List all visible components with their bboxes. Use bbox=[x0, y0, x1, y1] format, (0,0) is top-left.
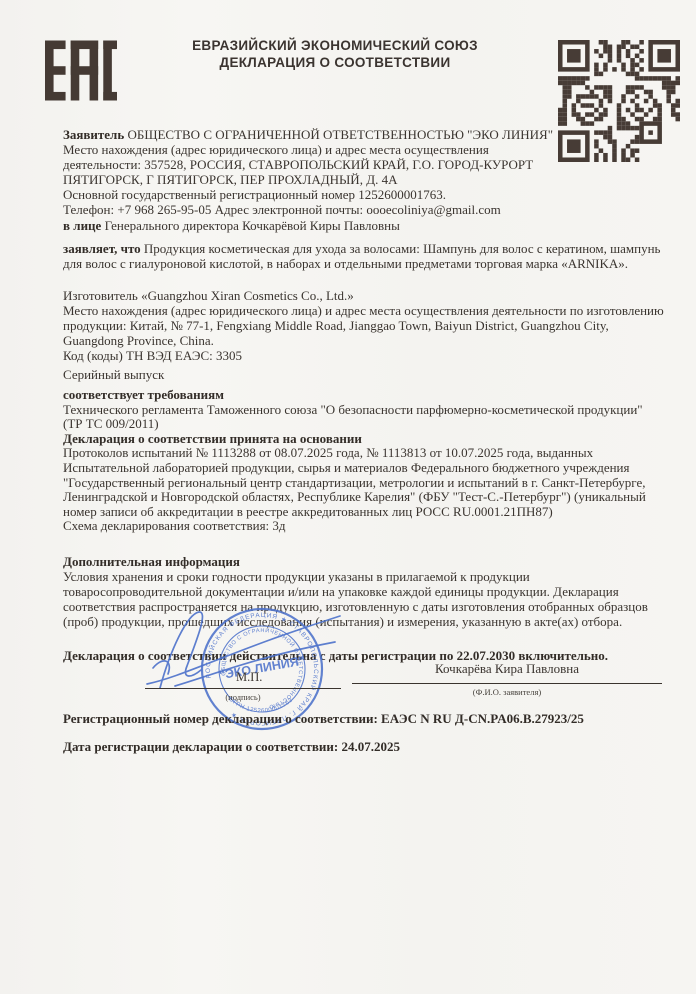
text-line: Телефон: +7 968 265-95-05 Адрес электрон… bbox=[63, 202, 678, 217]
text-line: Дополнительная информация bbox=[63, 554, 678, 569]
text-line: заявляет, что Продукция косметическая дл… bbox=[63, 241, 678, 256]
text-line: "Государственный региональный центр стан… bbox=[63, 476, 678, 491]
eac-logo-icon bbox=[45, 37, 117, 104]
text-line: Основной государственный регистрационный… bbox=[63, 187, 678, 202]
text-line: в лице Генерального директора Кочкарёвой… bbox=[63, 218, 678, 233]
registration-number: Регистрационный номер декларации о соотв… bbox=[63, 711, 584, 727]
text-line: Испытательной лабораторией продукции, сы… bbox=[63, 461, 678, 476]
signature-caption: (подпись) bbox=[145, 692, 341, 702]
text-line: Изготовитель «Guangzhou Xiran Cosmetics … bbox=[63, 288, 678, 303]
declaration-document: ЕВРАЗИЙСКИЙ ЭКОНОМИЧЕСКИЙ СОЮЗ ДЕКЛАРАЦИ… bbox=[0, 0, 696, 994]
text-line: Технического регламента Таможенного союз… bbox=[63, 403, 678, 418]
text-line: номер записи об аккредитации в реестре а… bbox=[63, 505, 678, 520]
text-line: Код (коды) ТН ВЭД ЕАЭС: 3305 bbox=[63, 348, 678, 363]
text-line: Ленинградской и Новгородской областях, Р… bbox=[63, 490, 678, 505]
text-line: Guangdong Province, China. bbox=[63, 333, 678, 348]
manufacturer-paragraph: Изготовитель «Guangzhou Xiran Cosmetics … bbox=[63, 288, 678, 363]
declares-paragraph: заявляет, что Продукция косметическая дл… bbox=[63, 241, 678, 271]
text-line: Место нахождения (адрес юридического лиц… bbox=[63, 142, 678, 157]
text-line: деятельности: 357528, РОССИЯ, СТАВРОПОЛЬ… bbox=[63, 157, 678, 172]
text-line: соответствует требованиям bbox=[63, 388, 678, 403]
text-line: Декларация о соответствии принята на осн… bbox=[63, 432, 678, 447]
text-line: Серийный выпуск bbox=[63, 367, 678, 382]
declarant-paragraph: Заявитель ОБЩЕСТВО С ОГРАНИЧЕННОЙ ОТВЕТС… bbox=[63, 127, 678, 233]
title-line-2: ДЕКЛАРАЦИЯ О СООТВЕТСТВИИ bbox=[130, 55, 540, 72]
serial-paragraph: Серийный выпуск bbox=[63, 367, 678, 382]
mp-label: М.П. bbox=[236, 670, 262, 685]
text-line: Условия хранения и сроки годности продук… bbox=[63, 569, 678, 584]
registration-date: Дата регистрации декларации о соответств… bbox=[63, 739, 400, 755]
text-line: Протоколов испытаний № 1113288 от 08.07.… bbox=[63, 446, 678, 461]
text-line: ПЯТИГОРСК, Г ПЯТИГОРСК, ПЕР ПРОХЛАДНЫЙ, … bbox=[63, 172, 678, 187]
signature-line bbox=[145, 688, 341, 689]
document-title: ЕВРАЗИЙСКИЙ ЭКОНОМИЧЕСКИЙ СОЮЗ ДЕКЛАРАЦИ… bbox=[130, 38, 540, 71]
requirements-paragraph: соответствует требованиямТехнического ре… bbox=[63, 388, 678, 534]
title-line-1: ЕВРАЗИЙСКИЙ ЭКОНОМИЧЕСКИЙ СОЮЗ bbox=[130, 38, 540, 55]
text-line: продукции: Китай, № 77-1, Fengxiang Midd… bbox=[63, 318, 678, 333]
name-line bbox=[352, 683, 662, 684]
text-line: для волос с гиалуроновой кислотой, в наб… bbox=[63, 256, 678, 271]
text-line: Место нахождения (адрес юридического лиц… bbox=[63, 303, 678, 318]
applicant-name: Кочкарёва Кира Павловна bbox=[352, 661, 662, 677]
text-line: (ТР ТС 009/2011) bbox=[63, 417, 678, 432]
name-caption: (Ф.И.О. заявителя) bbox=[352, 687, 662, 697]
text-line: Схема декларирования соответствия: 3д bbox=[63, 519, 678, 534]
text-line: Заявитель ОБЩЕСТВО С ОГРАНИЧЕННОЙ ОТВЕТС… bbox=[63, 127, 678, 142]
